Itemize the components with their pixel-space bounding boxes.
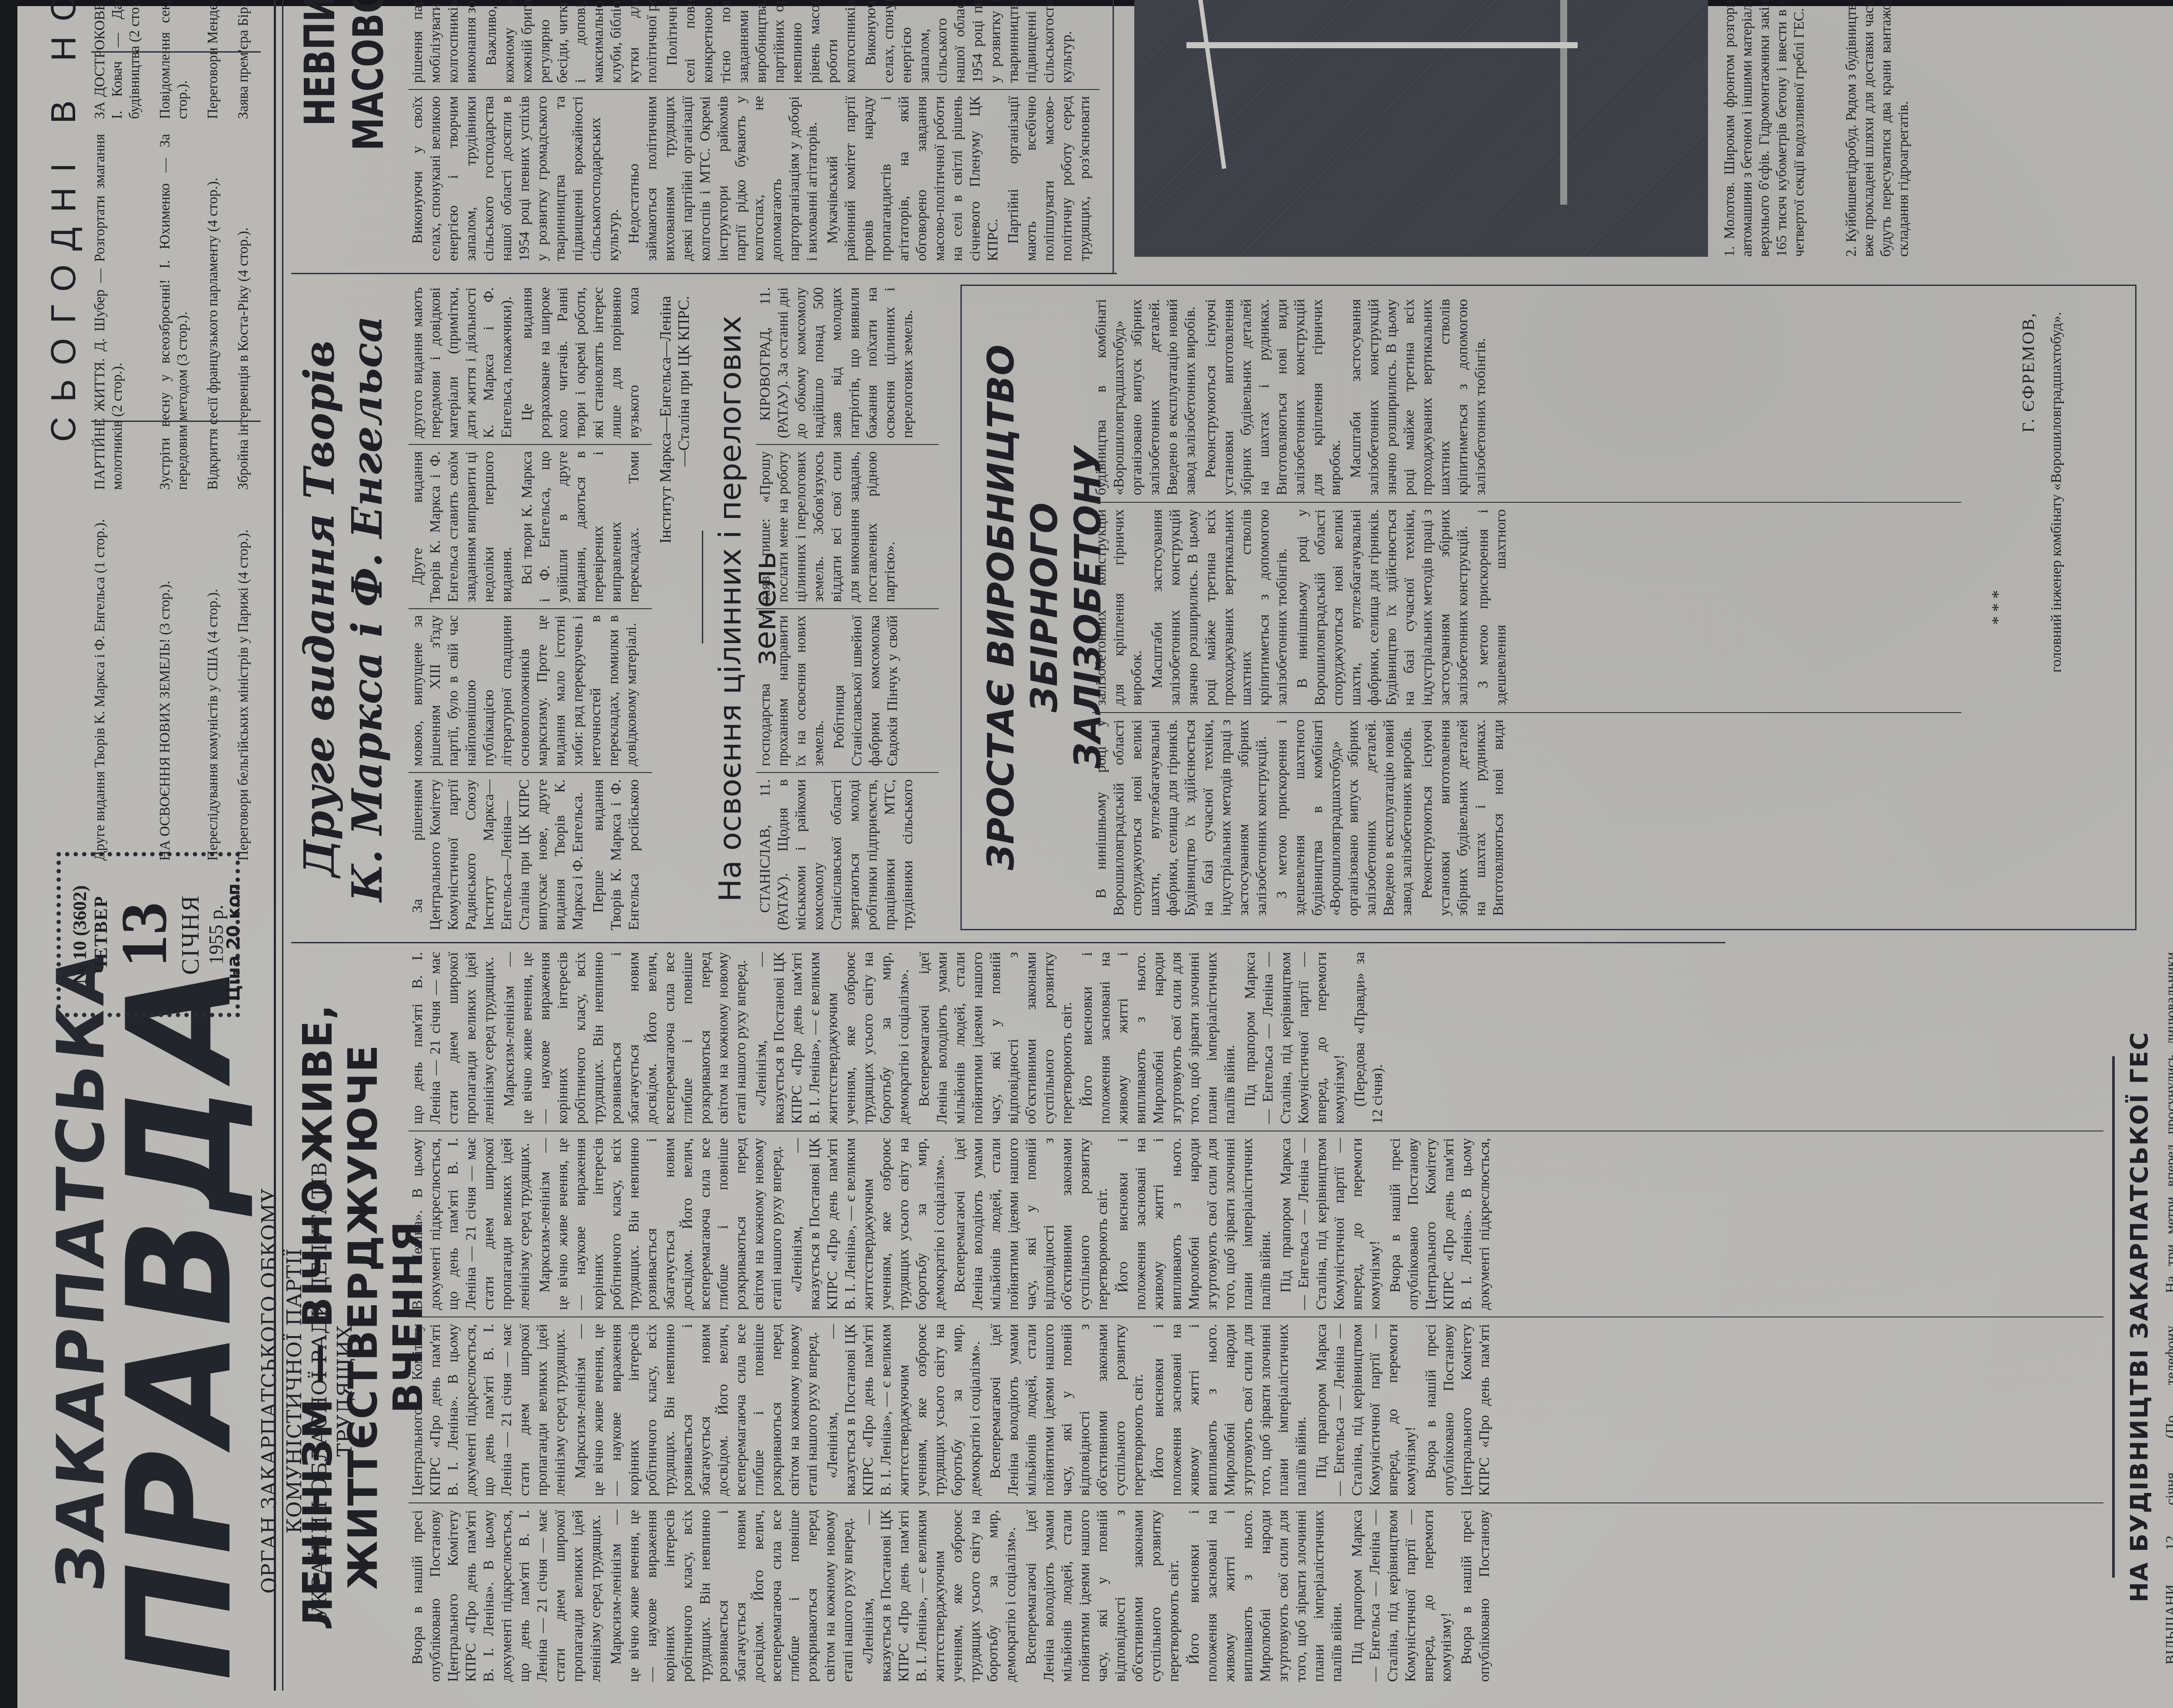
paragraph: Політична робота на селі повинна бути ко…: [663, 0, 859, 83]
marx-engels-headline-line1: Друге видання Творів: [296, 287, 343, 930]
newspaper-page: ЗАКАРПАТСЬКА ПРАВДА ОРГАН ЗАКАРПАТСЬКОГО…: [17, 6, 2173, 1708]
paragraph: Масштаби застосування залізобетонних кон…: [1347, 299, 1489, 495]
contents-item: Переговори Мендес-Франса в Римі (4 стор.…: [204, 0, 235, 119]
rural-work-headline-line1: НЕВПИННО ПІДНОСИТИ РІВЕНЬ: [296, 0, 344, 173]
paragraph: Всеперемагаючі ідеї Леніна володіють ума…: [915, 952, 1076, 1124]
leninism-body: Вчора в нашій пресі опубліковано Постано…: [409, 952, 2103, 1682]
photo-kama-ges: [1134, 0, 1708, 257]
paragraph: Його висновки і положення засновані на ж…: [1114, 1138, 1274, 1310]
rural-work-body: Виконуючи у своїх селах, спонукані велик…: [409, 0, 1100, 261]
marx-engels-signature-line1: Інститут Марксa—Енгельса—Леніна: [656, 296, 674, 665]
contents-item: Повідомлення секретаріату Всесвітньої Ра…: [156, 0, 204, 119]
concrete-stars: * * *: [1987, 286, 2008, 929]
paragraph: Виконуючи у своїх селах, спонукані велик…: [862, 0, 1076, 83]
marx-engels-body: За рішенням Центрального Комітету Комуні…: [409, 287, 652, 930]
paragraph: Марксизм-ленінізм — це вічно живе вчення…: [571, 1324, 821, 1496]
paragraph: Вчора в нашій пресі опубліковано Постано…: [409, 1510, 605, 1682]
paragraph: Марксизм-ленінізм — це вічно живе вчення…: [607, 1510, 857, 1682]
photo-caption-2: 2. Куйбишевгідробуд. Рядом з будівництво…: [1843, 0, 1912, 257]
paragraph: За рішенням Центрального Комітету Комуні…: [409, 779, 587, 931]
paragraph: Недостатньо займаються політичним вихова…: [625, 96, 821, 261]
contents-item: Заява прем'єра Бірми про становище в Інд…: [235, 0, 265, 119]
paragraph: В нинішньому році у Ворошиловградській о…: [1293, 509, 1472, 706]
concrete-signature-title: головний інженер комбінату «Ворошиловгра…: [2048, 312, 2065, 673]
paragraph: Важливо, щоб у кожному колгоспі, в кожні…: [482, 0, 661, 83]
issue-box: № 10 (3602) ЧЕТВЕР 13 СІЧНЯ 1955 р.: [56, 852, 240, 1017]
paragraph: КІРОВОГРАД, 11. (РАТАУ). За останні дні …: [756, 287, 917, 438]
contents-item: Збройна інтервенція в Коста-Ріку (4 стор…: [235, 134, 265, 490]
paragraph: Марксизм-ленінізм — це вічно живе вчення…: [500, 952, 750, 1124]
concrete-signature-name: Г. ЄФРЕМОВ,: [2018, 312, 2038, 432]
paragraph: Мукачівський районний комітет партії про…: [824, 96, 1002, 261]
paragraph: Під прапором Маркса — Енгельса — Леніна …: [1348, 1510, 1455, 1682]
paragraph: В нинішньому році у Ворошиловградській о…: [1092, 720, 1270, 916]
paragraph: Всеперемагаючі ідеї Леніна володіють ума…: [951, 1138, 1111, 1310]
contents-item: Переслідування комуністів у США (4 стор.…: [204, 505, 235, 861]
contents-item: НА ОСВОЄННЯ НОВИХ ЗЕМЕЛЬ! (3 стор.).: [156, 505, 204, 861]
contents-box: СЬОГОДНІ В НОМЕРІ:: [43, 0, 83, 861]
contents-item: Друге видання Творів К. Маркса і Ф. Енге…: [91, 505, 156, 861]
paragraph: Його висновки і положення засновані на ж…: [1078, 952, 1239, 1124]
paragraph: «Ленінізм, — вказується в Постанові ЦК К…: [788, 1138, 948, 1310]
marx-engels-headline-line2: К. Маркса і Ф. Енгельса: [343, 287, 391, 930]
paragraph: Марксизм-ленінізм — це вічно живе вчення…: [536, 1138, 785, 1310]
issue-day: 13: [112, 869, 177, 1000]
ges-article: НА БУДІВНИЦТВІ ЗАКАРПАТСЬКОЇ ГЕСВІЛЬШАНИ…: [2125, 952, 2173, 1682]
leninism-headline-line1: ЛЕНІНІЗМ — ВІЧНО ЖИВЕ,: [296, 952, 341, 1682]
marx-engels-signature-line2: —Сталіна при ЦК КПРС.: [674, 296, 693, 665]
masthead-title-line2: ПРАВДА: [110, 1009, 249, 1694]
issue-month: СІЧНЯ: [177, 869, 205, 1000]
paragraph: ВІЛЬШАНИ, 12 січня. (По телефону. Коресп…: [2162, 1323, 2173, 1682]
paragraph: Масштаби застосування залізобетонних кон…: [1148, 509, 1291, 706]
paragraph: Реконструюються існуючі установки вигото…: [1202, 299, 1344, 495]
concrete-headline-line1: ЗРОСТАЄ ВИРОБНИЦТВО ЗБІРНОГО: [979, 286, 1066, 929]
marx-engels-headline: Друге видання Творів К. Маркса і Ф. Енге…: [296, 287, 391, 930]
photo-credit: Фото Б. Вакуля та Н. Фінікова. (ТАРС).: [1964, 0, 1982, 257]
paragraph: «Ленінізм, — вказується в Постанові ЦК К…: [752, 952, 913, 1124]
paragraph: Виконуючи у своїх селах, спонукані велик…: [409, 96, 622, 261]
contents-item: ЗА ДОСТРОКОВЕ ВИКОНАННЯ П'ЯТОЇ П'ЯТИРІЧК…: [91, 0, 156, 119]
marx-engels-signature: Інститут Марксa—Енгельса—Леніна —Сталіна…: [656, 296, 693, 665]
paragraph: Під прапором Маркса — Енгельса — Леніна …: [1277, 1138, 1384, 1310]
scanner-edge-left: [0, 0, 17, 1708]
contents-item: Зустріти весну у всеозброєнні! І. Юхимен…: [156, 134, 204, 490]
paragraph: З метою прискорення і здешевлення шахтно…: [1273, 720, 1415, 916]
paragraph: Під прапором Маркса — Енгельса — Леніна …: [1312, 1324, 1419, 1496]
paragraph: Всеперемагаючі ідеї Леніна володіють ума…: [1022, 1510, 1183, 1682]
paragraph: Його висновки і положення засновані на ж…: [1185, 1510, 1346, 1682]
contents-title: СЬОГОДНІ В НОМЕРІ:: [43, 0, 83, 861]
paragraph: Друге видання Творів К. Маркса і Ф. Енге…: [409, 451, 515, 603]
virgin-lands-body: СТАНІСЛАВ, 11. (РАТАУ). Щодня в міськком…: [756, 287, 939, 930]
contents-item: ПАРТІЙНЕ ЖИТТЯ. Д. Шубер — Розгортати зм…: [91, 134, 156, 490]
paragraph: «Ленінізм, — вказується в Постанові ЦК К…: [859, 1510, 1020, 1682]
paragraph: (Передова «Правди» за 12 січня).: [1351, 952, 1386, 1124]
paragraph: Його висновки і положення засновані на ж…: [1150, 1324, 1310, 1496]
paragraph: На три метри вперед просунулись лицюваль…: [2162, 952, 2173, 1310]
paragraph: «Ленінізм, — вказується в Постанові ЦК К…: [824, 1324, 984, 1496]
concrete-article-box: ЗРОСТАЄ ВИРОБНИЦТВО ЗБІРНОГО ЗАЛІЗОБЕТОН…: [960, 285, 2136, 930]
issue-price: Ціна 20 коп.: [224, 874, 244, 1004]
photo-caption-1: 1. Молотов. Широким фронтом розгорнулось…: [1721, 0, 1808, 257]
concrete-body: В нинішньому році у Ворошиловградській о…: [1092, 299, 1961, 916]
paragraph: Під прапором Маркса — Енгельса — Леніна …: [1241, 952, 1348, 1124]
ges-headline: НА БУДІВНИЦТВІ ЗАКАРПАТСЬКОЇ ГЕС: [2125, 952, 2153, 1682]
contents-item: Переговори бельгійських міністрів у Пари…: [235, 505, 265, 861]
contents-list: Друге видання Творів К. Маркса і Ф. Енге…: [91, 0, 265, 861]
contents-item: Відкриття сесії французького парламенту …: [204, 134, 235, 490]
masthead-divider: [274, 0, 283, 1691]
paragraph: Всеперемагаючі ідеї Леніна володіють ума…: [987, 1324, 1147, 1496]
issue-number: № 10 (3602): [69, 869, 91, 1000]
